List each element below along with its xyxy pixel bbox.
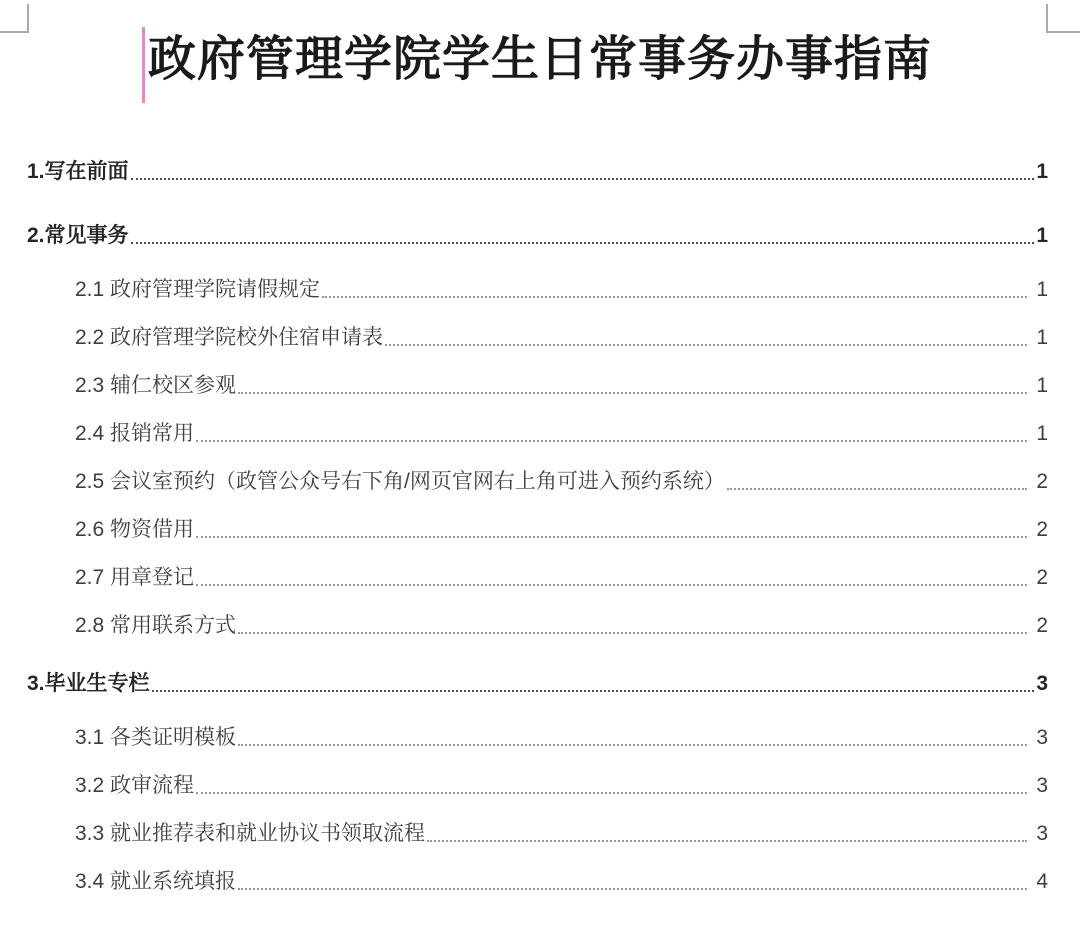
toc-page-number: 1 [1035, 222, 1048, 250]
toc-entry-label: 3.4 就业系统填报 [75, 868, 236, 896]
text-boundary-mark-top-right [1046, 4, 1080, 33]
toc-page-number: 3 [1035, 724, 1048, 752]
toc-dot-leader [196, 792, 1027, 794]
toc-dot-leader [152, 690, 1034, 692]
toc-entry-label: 2.常见事务 [27, 222, 129, 250]
toc-dot-leader [238, 632, 1027, 634]
table-of-contents: 1.写在前面 1 2.常见事务 1 2.1 政府管理学院请假规定 1 2.2 政… [27, 148, 1048, 916]
toc-dot-leader [196, 584, 1027, 586]
toc-entry[interactable]: 3.1 各类证明模板 3 [27, 724, 1048, 752]
text-boundary-mark-top-left [0, 4, 29, 33]
document-title-text: 政府管理学院学生日常事务办事指南 [148, 33, 932, 86]
toc-dot-leader [238, 392, 1027, 394]
toc-page-number: 1 [1035, 372, 1048, 400]
toc-dot-leader [427, 840, 1027, 842]
toc-page-number: 3 [1035, 820, 1048, 848]
toc-dot-leader [196, 536, 1027, 538]
toc-page-number: 2 [1035, 612, 1048, 640]
toc-entry-label: 2.8 常用联系方式 [75, 612, 236, 640]
toc-entry[interactable]: 2.2 政府管理学院校外住宿申请表 1 [27, 324, 1048, 352]
toc-entry[interactable]: 3.2 政审流程 3 [27, 772, 1048, 800]
toc-dot-leader [385, 344, 1027, 346]
toc-page-number: 4 [1035, 868, 1048, 896]
toc-page-number: 1 [1035, 324, 1048, 352]
toc-dot-leader [727, 488, 1027, 490]
toc-entry[interactable]: 2.6 物资借用 2 [27, 516, 1048, 544]
toc-page-number: 1 [1035, 276, 1048, 304]
toc-page-number: 2 [1035, 564, 1048, 592]
toc-entry[interactable]: 2.4 报销常用 1 [27, 420, 1048, 448]
toc-entry[interactable]: 1.写在前面 1 [27, 158, 1048, 186]
toc-page-number: 3 [1035, 670, 1048, 698]
toc-entry-label: 2.4 报销常用 [75, 420, 194, 448]
toc-entry[interactable]: 3.4 就业系统填报 4 [27, 868, 1048, 896]
toc-entry-label: 2.1 政府管理学院请假规定 [75, 276, 320, 304]
toc-entry-label: 2.6 物资借用 [75, 516, 194, 544]
toc-page-number: 2 [1035, 516, 1048, 544]
toc-entry[interactable]: 2.常见事务 1 [27, 222, 1048, 250]
toc-entry[interactable]: 2.7 用章登记 2 [27, 564, 1048, 592]
toc-page-number: 2 [1035, 468, 1048, 496]
document-title[interactable]: 政府管理学院学生日常事务办事指南 [0, 0, 1080, 93]
toc-entry-label: 3.2 政审流程 [75, 772, 194, 800]
toc-dot-leader [238, 888, 1027, 890]
toc-dot-leader [238, 744, 1027, 746]
toc-entry[interactable]: 2.8 常用联系方式 2 [27, 612, 1048, 640]
toc-entry[interactable]: 3.3 就业推荐表和就业协议书领取流程 3 [27, 820, 1048, 848]
toc-page-number: 1 [1035, 158, 1048, 186]
toc-dot-leader [322, 296, 1027, 298]
toc-entry-label: 3.1 各类证明模板 [75, 724, 236, 752]
toc-entry[interactable]: 2.5 会议室预约（政管公众号右下角/网页官网右上角可进入预约系统） 2 [27, 468, 1048, 496]
toc-entry[interactable]: 2.1 政府管理学院请假规定 1 [27, 276, 1048, 304]
text-cursor [142, 27, 145, 103]
toc-entry-label: 3.3 就业推荐表和就业协议书领取流程 [75, 820, 425, 848]
toc-entry[interactable]: 2.3 辅仁校区参观 1 [27, 372, 1048, 400]
toc-dot-leader [131, 178, 1034, 180]
toc-dot-leader [196, 440, 1027, 442]
toc-entry-label: 2.3 辅仁校区参观 [75, 372, 236, 400]
toc-page-number: 1 [1035, 420, 1048, 448]
toc-entry-label: 1.写在前面 [27, 158, 129, 186]
toc-dot-leader [131, 242, 1034, 244]
toc-entry-label: 2.7 用章登记 [75, 564, 194, 592]
toc-page-number: 3 [1035, 772, 1048, 800]
toc-entry-label: 2.2 政府管理学院校外住宿申请表 [75, 324, 383, 352]
toc-entry[interactable]: 3.毕业生专栏 3 [27, 670, 1048, 698]
toc-entry-label: 3.毕业生专栏 [27, 670, 150, 698]
toc-entry-label: 2.5 会议室预约（政管公众号右下角/网页官网右上角可进入预约系统） [75, 468, 725, 496]
document-page: 政府管理学院学生日常事务办事指南 1.写在前面 1 2.常见事务 1 2.1 政… [0, 0, 1080, 927]
